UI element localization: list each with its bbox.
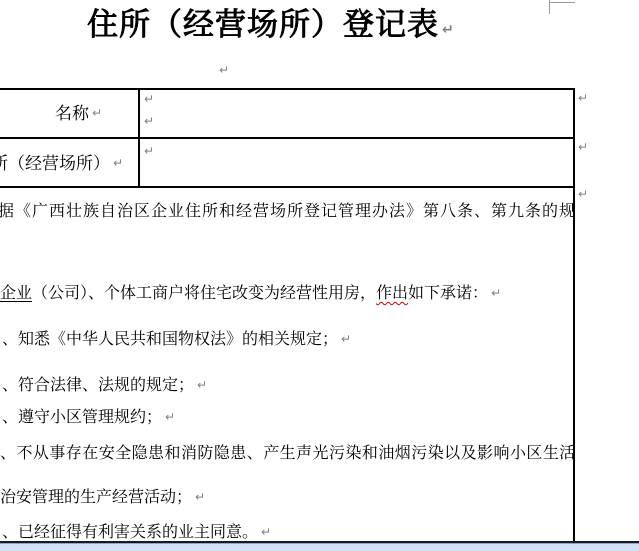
table-border-row2-bottom: [0, 186, 575, 188]
paragraph-mark-icon: ↵: [261, 526, 271, 538]
table-row1-value-cell[interactable]: [140, 90, 573, 137]
table-row2-label: 所（经营场所）↵: [0, 153, 123, 174]
body-line-text: 、已经征得有利害关系的业主同意。: [2, 524, 258, 541]
paragraph-mark-icon: ↵: [92, 107, 102, 119]
row1-label-text: 名称: [55, 103, 89, 124]
body-line-text: 、符合法律、法规的规定；: [2, 377, 194, 394]
paragraph-mark-icon: ↵: [195, 491, 205, 503]
body-line-text: 治安管理的生产经营活动；: [0, 489, 192, 506]
body-line-item1: 、知悉《中华人民共和国物权法》的相关规定；↵: [2, 330, 351, 350]
end-of-row-mark-icon: ↵: [578, 141, 588, 153]
table-row2-value-cell[interactable]: [140, 139, 573, 185]
paragraph-mark-icon: ↵: [197, 379, 207, 391]
paragraph-mark-icon: ↵: [144, 115, 154, 127]
body-line-text: 、遵守小区管理规约；: [2, 409, 162, 426]
body-line-item4-part1: 、不从事存在安全隐患和消防隐患、产生声光污染和油烟污染以及影响小区生活: [0, 444, 576, 464]
paragraph-mark-icon: ↵: [341, 333, 351, 345]
underlined-text: 企业: [0, 285, 32, 302]
paragraph-mark-icon: ↵: [491, 287, 501, 299]
end-of-row-mark-icon: ↵: [578, 92, 588, 104]
end-of-row-mark-icon: ↵: [578, 188, 588, 200]
text-boundary-corner-horizontal: [549, 2, 575, 3]
paragraph-mark-icon: ↵: [144, 93, 154, 105]
paragraph-mark-icon: ↵: [144, 145, 154, 157]
spellcheck-flagged-text: 作出: [376, 285, 408, 302]
body-line-item4-part2: 治安管理的生产经营活动；↵: [0, 488, 205, 508]
table-row1-label: 名称↵: [55, 103, 102, 124]
body-line-text: （公司）、个体工商户将住宅改变为经营性用房，: [32, 285, 376, 302]
body-line-commitment-intro: 企业（公司）、个体工商户将住宅改变为经营性用房，作出如下承诺：↵: [0, 284, 501, 304]
row2-label-text: 所（经营场所）: [0, 153, 110, 174]
body-line-text: 据《广西壮族自治区企业住所和经营场所登记管理办法》第八条、第九条的规: [0, 203, 576, 220]
bottom-scrollbar-track[interactable]: [0, 543, 639, 551]
body-line-text: 、不从事存在安全隐患和消防隐患、产生声光污染和油烟污染以及影响小区生活: [0, 445, 576, 462]
body-line-text: 、知悉《中华人民共和国物权法》的相关规定；: [2, 331, 338, 348]
page-title-text: 住所（经营场所）登记表: [87, 7, 439, 42]
table-border-right: [573, 88, 575, 541]
body-line-text: 如下承诺：: [408, 285, 488, 302]
body-line-item5: 、已经征得有利害关系的业主同意。↵: [2, 523, 271, 543]
paragraph-mark-icon: ↵: [219, 64, 229, 76]
body-line-item2: 、符合法律、法规的规定；↵: [2, 376, 207, 396]
paragraph-mark-icon: ↵: [442, 23, 455, 37]
paragraph-mark-icon: ↵: [165, 411, 175, 423]
page-title: 住所（经营场所）登记表↵: [87, 7, 455, 43]
paragraph-mark-icon: ↵: [113, 157, 123, 169]
body-line-item3: 、遵守小区管理规约；↵: [2, 408, 175, 428]
body-line-regulation: 据《广西壮族自治区企业住所和经营场所登记管理办法》第八条、第九条的规: [0, 202, 576, 222]
document-page: { "title": "住所（经营场所）登记表", "marks": { "pa…: [0, 0, 639, 551]
